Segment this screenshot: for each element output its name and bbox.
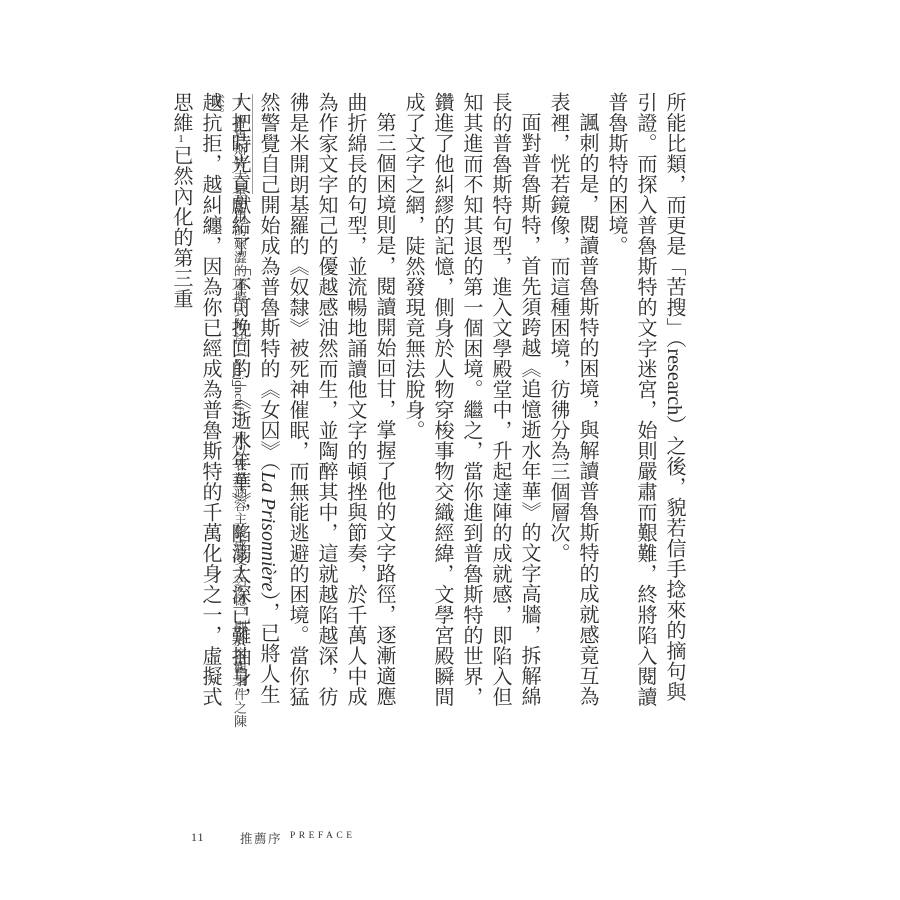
text-segment: 諷刺的是，閱讀普魯斯特的困境，與解讀普魯斯特的成就感竟互為表裡，恍若鏡像，而這種… [547,92,598,707]
book-page: 所能比類，而更是「苦搜」（research）之後，貌若信手捻來的摘句與引證。而探… [0,0,900,900]
paragraph: 諷刺的是，閱讀普魯斯特的困境，與解讀普魯斯特的成就感竟互為表裡，恍若鏡像，而這種… [543,92,601,714]
text-segment: La Prisonnière [257,472,279,592]
footnote: 1普魯斯特大量使用的艱澀的虛擬式句法（subjonctif），用以表達涵容主觀感… [206,94,250,728]
page-number: 11 [191,830,205,845]
footnote-separator-rule [252,94,253,194]
paragraph: 面對普魯斯特，首先須跨越《追憶逝水年華》的文字高牆，拆解綿長的普魯斯特句型，進入… [398,92,543,714]
text-segment: 已然內化的第三重 [170,145,192,309]
text-segment: subjonctif [232,359,247,411]
text-segment: 面對普魯斯特，首先須跨越《追憶逝水年華》的文字高牆，拆解綿長的普魯斯特句型，進入… [402,92,540,707]
footnote-reference-mark: 1 [175,133,187,145]
paragraph: 所能比類，而更是「苦搜」（research）之後，貌若信手捻來的摘句與引證。而探… [601,92,688,714]
footer-section-title: 推薦序 [240,829,282,847]
footnote-marker: 1 [232,94,246,109]
footnote-text: 普魯斯特大量使用的艱澀的虛擬式句法（subjonctif），用以表達涵容主觀感受… [210,94,247,728]
text-segment: research [663,349,685,416]
text-segment: 普魯斯特大量使用的艱澀的虛擬式句法（ [232,116,247,359]
footer: 11 推薦序 PREFACE [0,824,900,848]
text-segment: 所能比類，而更是「苦搜」（ [663,92,685,349]
footer-section-title-en: PREFACE [290,831,356,841]
paragraph: 第三個困境則是，閱讀開始回甘，掌握了他的文字路徑，逐漸適應曲折綿長的句型，並流暢… [166,92,398,714]
